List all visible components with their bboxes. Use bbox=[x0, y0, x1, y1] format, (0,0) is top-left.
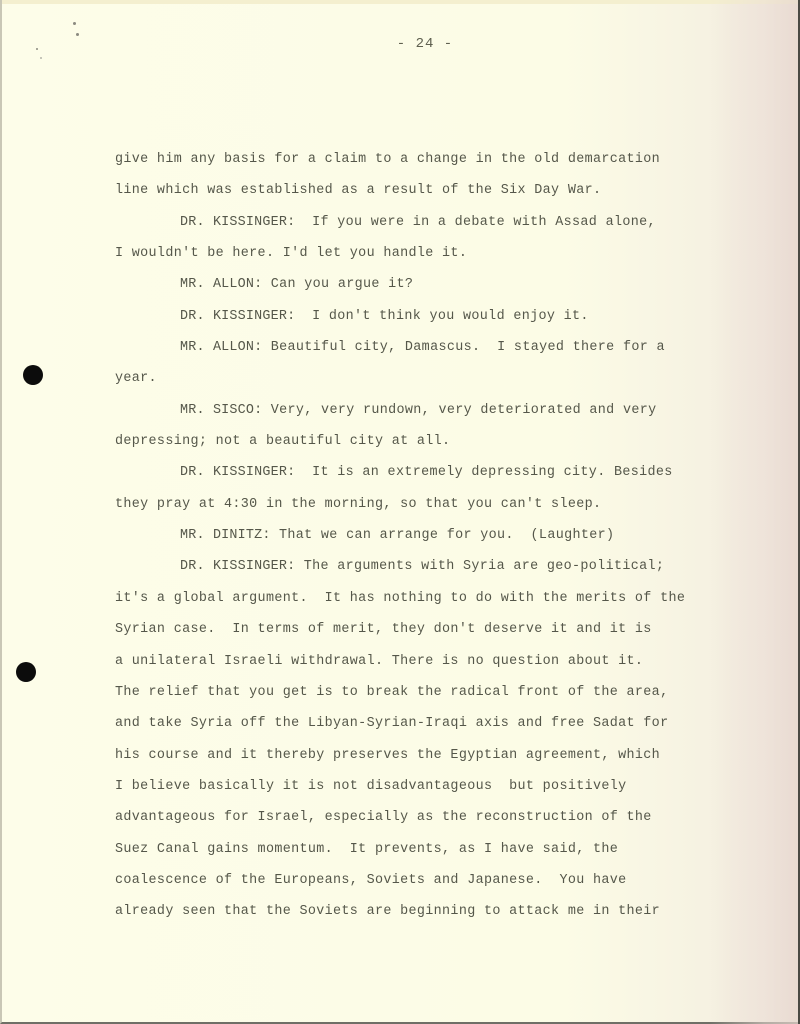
line-text: and take Syria off the Libyan-Syrian-Ira… bbox=[115, 716, 668, 731]
text-line: I wouldn't be here. I'd let you handle i… bbox=[115, 238, 775, 269]
text-line: a unilateral Israeli withdrawal. There i… bbox=[115, 646, 775, 677]
line-text: Can you argue it? bbox=[262, 277, 413, 292]
scan-top-tint bbox=[2, 0, 800, 4]
line-text: I believe basically it is not disadvanta… bbox=[115, 779, 627, 794]
hole-punch-icon bbox=[23, 365, 43, 385]
hole-punch-icon bbox=[16, 662, 36, 682]
line-text: give him any basis for a claim to a chan… bbox=[115, 152, 660, 167]
text-line: The relief that you get is to break the … bbox=[115, 677, 775, 708]
speaker-line: DR. KISSINGER: The arguments with Syria … bbox=[115, 551, 775, 582]
text-line: Syrian case. In terms of merit, they don… bbox=[115, 614, 775, 645]
scan-speck bbox=[73, 22, 76, 25]
line-text: Suez Canal gains momentum. It prevents, … bbox=[115, 842, 618, 857]
line-text: Beautiful city, Damascus. I stayed there… bbox=[262, 340, 665, 355]
scan-speck bbox=[40, 57, 42, 59]
line-text: It is an extremely depressing city. Besi… bbox=[295, 465, 672, 480]
line-text: line which was established as a result o… bbox=[115, 183, 601, 198]
line-text: advantageous for Israel, especially as t… bbox=[115, 810, 652, 825]
line-text: That we can arrange for you. (Laughter) bbox=[271, 528, 615, 543]
line-text: year. bbox=[115, 371, 157, 386]
speaker-label: MR. SISCO: bbox=[180, 403, 262, 418]
line-text: depressing; not a beautiful city at all. bbox=[115, 434, 450, 449]
text-line: I believe basically it is not disadvanta… bbox=[115, 771, 775, 802]
text-line: Suez Canal gains momentum. It prevents, … bbox=[115, 834, 775, 865]
text-line: they pray at 4:30 in the morning, so tha… bbox=[115, 489, 775, 520]
speaker-label: MR. ALLON: bbox=[180, 277, 262, 292]
line-text: Very, very rundown, very deteriorated an… bbox=[262, 403, 656, 418]
line-text: it's a global argument. It has nothing t… bbox=[115, 591, 685, 606]
speaker-label: DR. KISSINGER: bbox=[180, 465, 295, 480]
line-text: I don't think you would enjoy it. bbox=[295, 309, 589, 324]
line-text: coalescence of the Europeans, Soviets an… bbox=[115, 873, 627, 888]
speaker-label: DR. KISSINGER: bbox=[180, 559, 295, 574]
text-line: his course and it thereby preserves the … bbox=[115, 740, 775, 771]
line-text: already seen that the Soviets are beginn… bbox=[115, 904, 660, 919]
speaker-label: MR. ALLON: bbox=[180, 340, 262, 355]
speaker-line: MR. DINITZ: That we can arrange for you.… bbox=[115, 520, 775, 551]
text-line: advantageous for Israel, especially as t… bbox=[115, 802, 775, 833]
text-line: line which was established as a result o… bbox=[115, 175, 775, 206]
text-line: coalescence of the Europeans, Soviets an… bbox=[115, 865, 775, 896]
speaker-line: MR. ALLON: Can you argue it? bbox=[115, 269, 775, 300]
transcript-body: give him any basis for a claim to a chan… bbox=[115, 144, 775, 928]
text-line: it's a global argument. It has nothing t… bbox=[115, 583, 775, 614]
speaker-label: MR. DINITZ: bbox=[180, 528, 271, 543]
line-text: his course and it thereby preserves the … bbox=[115, 748, 660, 763]
text-line: already seen that the Soviets are beginn… bbox=[115, 896, 775, 927]
text-line: year. bbox=[115, 363, 775, 394]
speaker-label: DR. KISSINGER: bbox=[180, 215, 295, 230]
text-line: give him any basis for a claim to a chan… bbox=[115, 144, 775, 175]
line-text: they pray at 4:30 in the morning, so tha… bbox=[115, 497, 601, 512]
speaker-line: DR. KISSINGER: It is an extremely depres… bbox=[115, 457, 775, 488]
text-line: depressing; not a beautiful city at all. bbox=[115, 426, 775, 457]
speaker-label: DR. KISSINGER: bbox=[180, 309, 295, 324]
speaker-line: MR. SISCO: Very, very rundown, very dete… bbox=[115, 395, 775, 426]
page-number: - 24 - bbox=[2, 36, 800, 52]
line-text: If you were in a debate with Assad alone… bbox=[295, 215, 656, 230]
line-text: a unilateral Israeli withdrawal. There i… bbox=[115, 654, 643, 669]
line-text: Syrian case. In terms of merit, they don… bbox=[115, 622, 652, 637]
document-page: - 24 - give him any basis for a claim to… bbox=[0, 0, 800, 1024]
speaker-line: MR. ALLON: Beautiful city, Damascus. I s… bbox=[115, 332, 775, 363]
line-text: I wouldn't be here. I'd let you handle i… bbox=[115, 246, 467, 261]
line-text: The arguments with Syria are geo-politic… bbox=[295, 559, 664, 574]
text-line: and take Syria off the Libyan-Syrian-Ira… bbox=[115, 708, 775, 739]
speaker-line: DR. KISSINGER: I don't think you would e… bbox=[115, 301, 775, 332]
speaker-line: DR. KISSINGER: If you were in a debate w… bbox=[115, 207, 775, 238]
line-text: The relief that you get is to break the … bbox=[115, 685, 668, 700]
